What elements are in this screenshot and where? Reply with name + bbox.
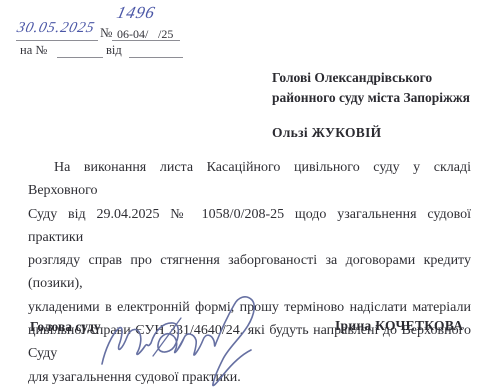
handwritten-signature-icon bbox=[95, 292, 275, 388]
handwritten-date: 30.05.2025 bbox=[15, 20, 96, 37]
body-line: розгляду справ про стягнення заборговано… bbox=[28, 249, 471, 296]
addressee-name: Ользі ЖУКОВІЙ bbox=[272, 123, 487, 143]
number-sign-label: № bbox=[100, 25, 112, 41]
addressee-line-1: Голові Олександрівського bbox=[272, 68, 487, 88]
body-line: Суду від 29.04.2025 № 1058/0/208-25 щодо… bbox=[28, 203, 471, 250]
signer-title: Голова суду bbox=[30, 319, 101, 335]
scanned-letter-page: 1496 30.05.2025 № 06-04/ /25 на № від Го… bbox=[0, 0, 495, 388]
addressee-block: Голові Олександрівського районного суду … bbox=[272, 68, 487, 143]
number-underline bbox=[112, 40, 180, 41]
signer-name: Ірина КОЧЕТКОВА bbox=[335, 318, 463, 334]
date-underline bbox=[16, 40, 98, 41]
reply-date-underline bbox=[129, 57, 183, 58]
reference-block: 1496 30.05.2025 № 06-04/ /25 на № від bbox=[0, 0, 220, 62]
handwritten-outgoing-number: 1496 bbox=[115, 3, 158, 23]
reply-to-number-label: на № bbox=[20, 43, 47, 58]
reply-number-underline bbox=[57, 57, 103, 58]
reply-from-date-label: від bbox=[106, 43, 122, 58]
addressee-line-2: районного суду міста Запоріжжя bbox=[272, 88, 487, 108]
body-line: На виконання листа Касаційного цивільног… bbox=[28, 156, 471, 203]
